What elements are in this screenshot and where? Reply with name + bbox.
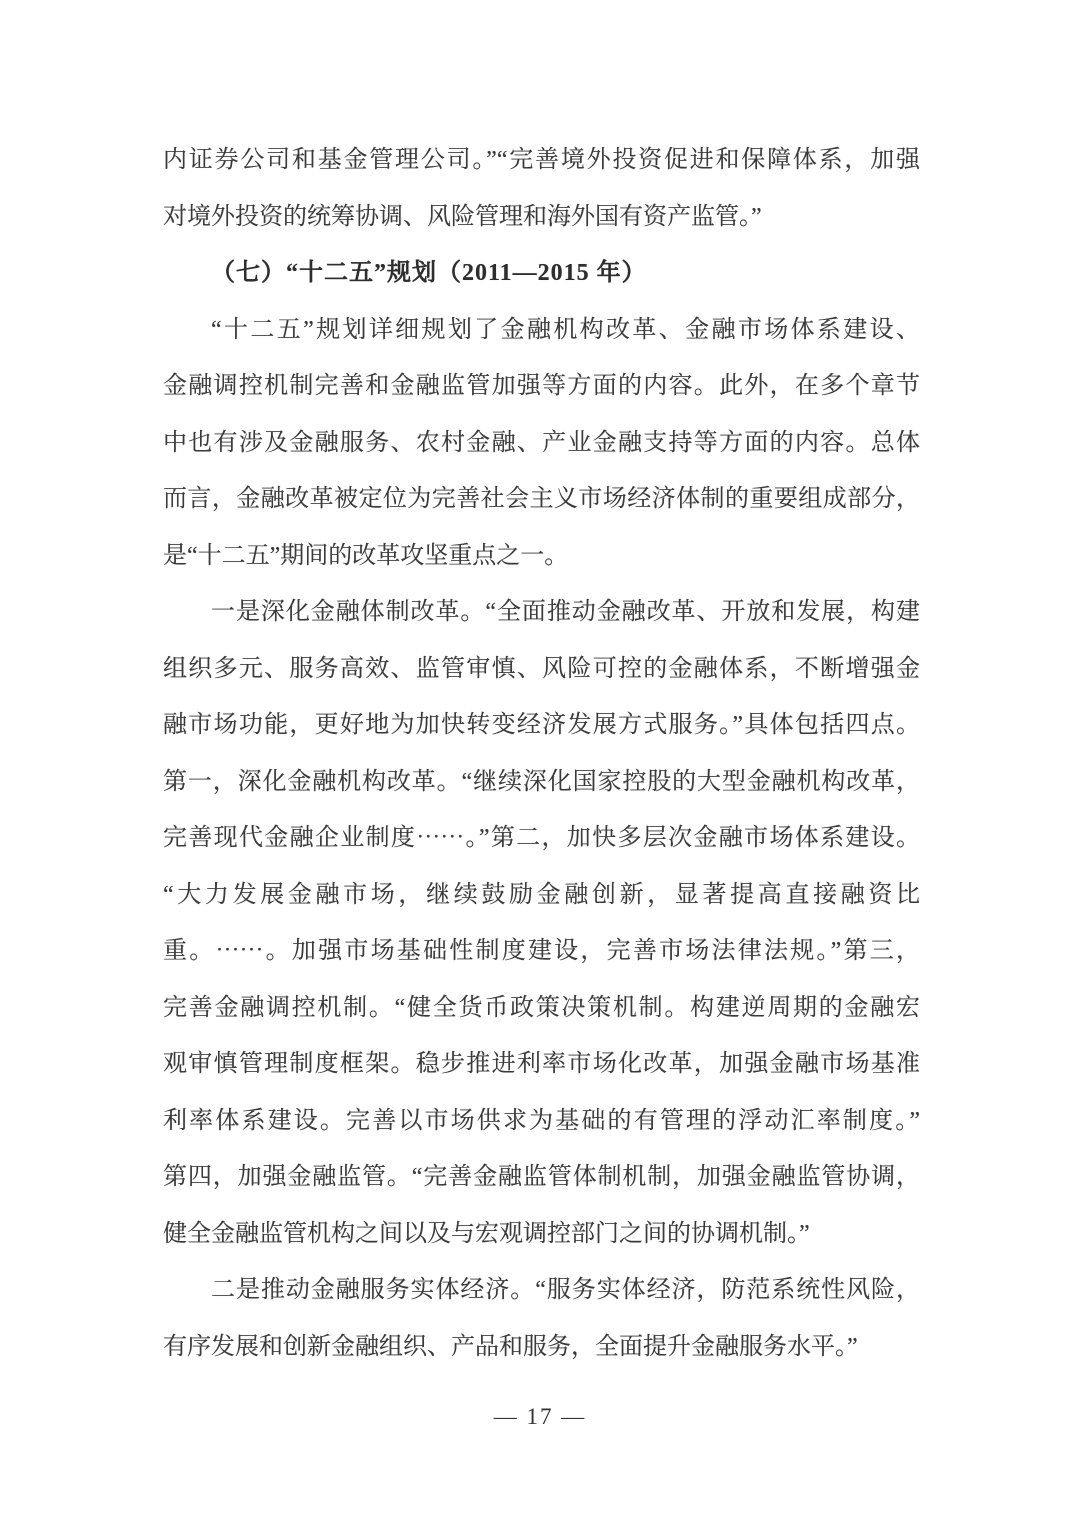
text-line: 完善现代金融企业制度⋯⋯。”第二，加快多层次金融市场体系建设。 [163, 810, 920, 867]
text-line: 有序发展和创新金融组织、产品和服务，全面提升金融服务水平。” [163, 1319, 920, 1376]
text-line: 利率体系建设。完善以市场供求为基础的有管理的浮动汇率制度。” [163, 1093, 920, 1150]
text-line: 一是深化金融体制改革。“全面推动金融改革、开放和发展，构建 [163, 584, 920, 641]
text-line: 观审慎管理制度框架。稳步推进利率市场化改革，加强金融市场基准 [163, 1036, 920, 1093]
text-line: 对境外投资的统筹协调、风险管理和海外国有资产监管。” [163, 189, 920, 246]
text-line: 是“十二五”期间的改革攻坚重点之一。 [163, 528, 920, 585]
text-line: 组织多元、服务高效、监管审慎、风险可控的金融体系，不断增强金 [163, 641, 920, 698]
text-line: 第四，加强金融监管。“完善金融监管体制机制，加强金融监管协调， [163, 1149, 920, 1206]
text-line: 而言，金融改革被定位为完善社会主义市场经济体制的重要组成部分， [163, 471, 920, 528]
text-line: 金融调控机制完善和金融监管加强等方面的内容。此外，在多个章节 [163, 358, 920, 415]
document-page: 内证券公司和基金管理公司。”“完善境外投资促进和保障体系，加强对境外投资的统筹协… [0, 0, 1080, 1527]
page-number: — 17 — [0, 1404, 1080, 1430]
text-line: “大力发展金融市场，继续鼓励金融创新，显著提高直接融资比 [163, 867, 920, 924]
text-line: 重。⋯⋯。加强市场基础性制度建设，完善市场法律法规。”第三， [163, 923, 920, 980]
text-line: 第一，深化金融机构改革。“继续深化国家控股的大型金融机构改革， [163, 754, 920, 811]
document-body: 内证券公司和基金管理公司。”“完善境外投资促进和保障体系，加强对境外投资的统筹协… [163, 132, 920, 1375]
text-line: 内证券公司和基金管理公司。”“完善境外投资促进和保障体系，加强 [163, 132, 920, 189]
text-line: “十二五”规划详细规划了金融机构改革、金融市场体系建设、 [163, 302, 920, 359]
text-line: 融市场功能，更好地为加快转变经济发展方式服务。”具体包括四点。 [163, 697, 920, 754]
text-line: （七）“十二五”规划（2011—2015 年） [163, 245, 920, 302]
text-line: 二是推动金融服务实体经济。“服务实体经济，防范系统性风险， [163, 1262, 920, 1319]
text-line: 健全金融监管机构之间以及与宏观调控部门之间的协调机制。” [163, 1206, 920, 1263]
text-line: 完善金融调控机制。“健全货币政策决策机制。构建逆周期的金融宏 [163, 980, 920, 1037]
text-line: 中也有涉及金融服务、农村金融、产业金融支持等方面的内容。总体 [163, 415, 920, 472]
